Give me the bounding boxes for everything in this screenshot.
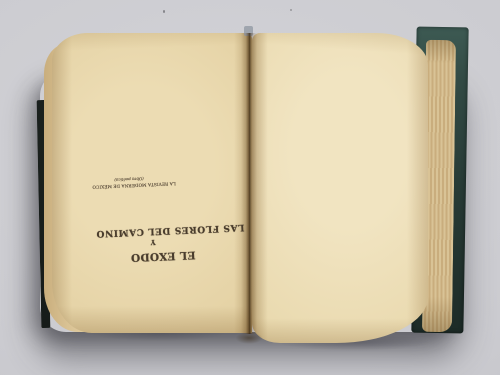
right-page [252,33,428,343]
photo-of-open-book: EL EXODO Y LAS FLORES DEL CAMINO LA REVI… [0,0,500,375]
gutter-shadow [241,33,257,334]
gutter-bottom-shadow [231,330,267,346]
title-line-el-exodo: EL EXODO [118,244,209,263]
dust-speck [290,9,292,11]
dust-speck [163,10,165,13]
title-line-y: Y [141,235,165,246]
